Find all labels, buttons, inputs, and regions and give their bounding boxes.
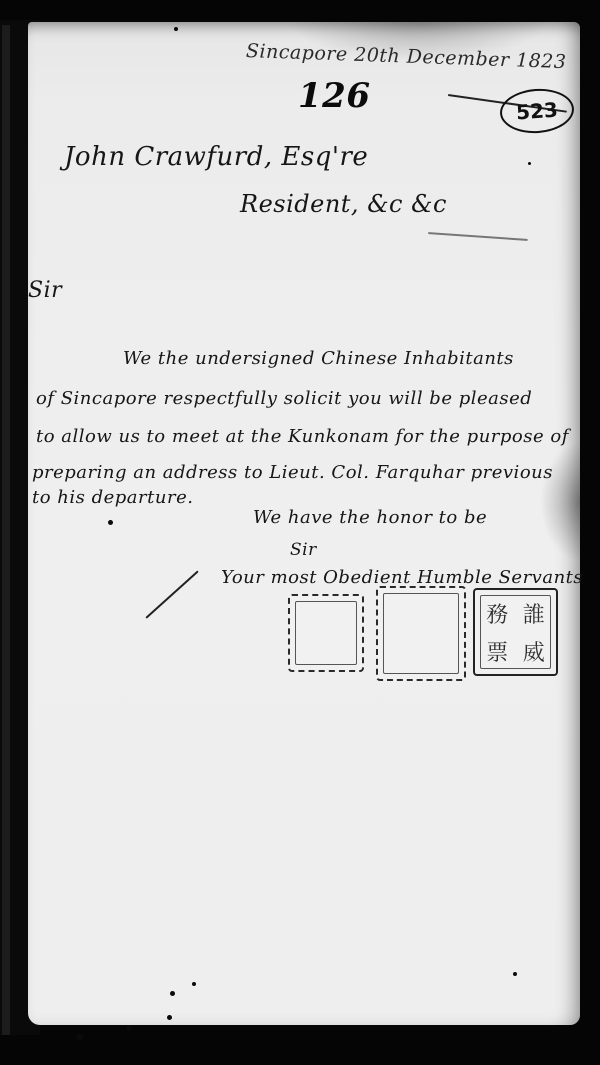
- flourish: [428, 232, 528, 241]
- ink-spot: [192, 982, 196, 986]
- ink-spot: [76, 1034, 83, 1041]
- body-line-4: preparing an address to Lieut. Col. Farq…: [32, 462, 553, 483]
- ink-spot: [170, 991, 175, 996]
- chinese-seal-stamp: [376, 586, 466, 681]
- closing-signoff: Your most Obedient Humble Servants: [221, 567, 583, 588]
- letter-page: Sincapore 20th December 1823 126 523 Joh…: [28, 22, 580, 1025]
- reference-number-oval: 523: [499, 86, 576, 135]
- reference-number: 523: [515, 98, 558, 125]
- ink-spot: [513, 972, 517, 976]
- chinese-seal-stamp: 務誰 票威: [473, 588, 558, 676]
- addressee-name: John Crawfurd, Esq're: [64, 142, 368, 172]
- binding-shadow: [2, 25, 10, 1035]
- chinese-seal-stamp: [288, 594, 364, 672]
- pen-stroke-diagonal: [145, 570, 198, 618]
- ink-spot: [33, 1025, 39, 1031]
- addressee-title: Resident, &c &c: [240, 190, 447, 218]
- ink-spot: [108, 520, 113, 525]
- body-line-1: We the undersigned Chinese Inhabitants: [123, 348, 514, 369]
- salutation: Sir: [28, 278, 62, 303]
- body-line-3: to allow us to meet at the Kunkonam for …: [36, 426, 569, 447]
- ink-spot: [528, 162, 531, 165]
- closing-sir: Sir: [290, 540, 317, 560]
- document-number: 126: [298, 76, 370, 116]
- ink-spot: [174, 27, 178, 31]
- body-line-5: to his departure.: [32, 487, 193, 508]
- ink-spot: [126, 1025, 132, 1031]
- paper-stain-right: [540, 442, 580, 562]
- ink-spot: [167, 1015, 172, 1020]
- body-line-2: of Sincapore respectfully solicit you wi…: [36, 388, 532, 409]
- closing-line: We have the honor to be: [253, 507, 487, 528]
